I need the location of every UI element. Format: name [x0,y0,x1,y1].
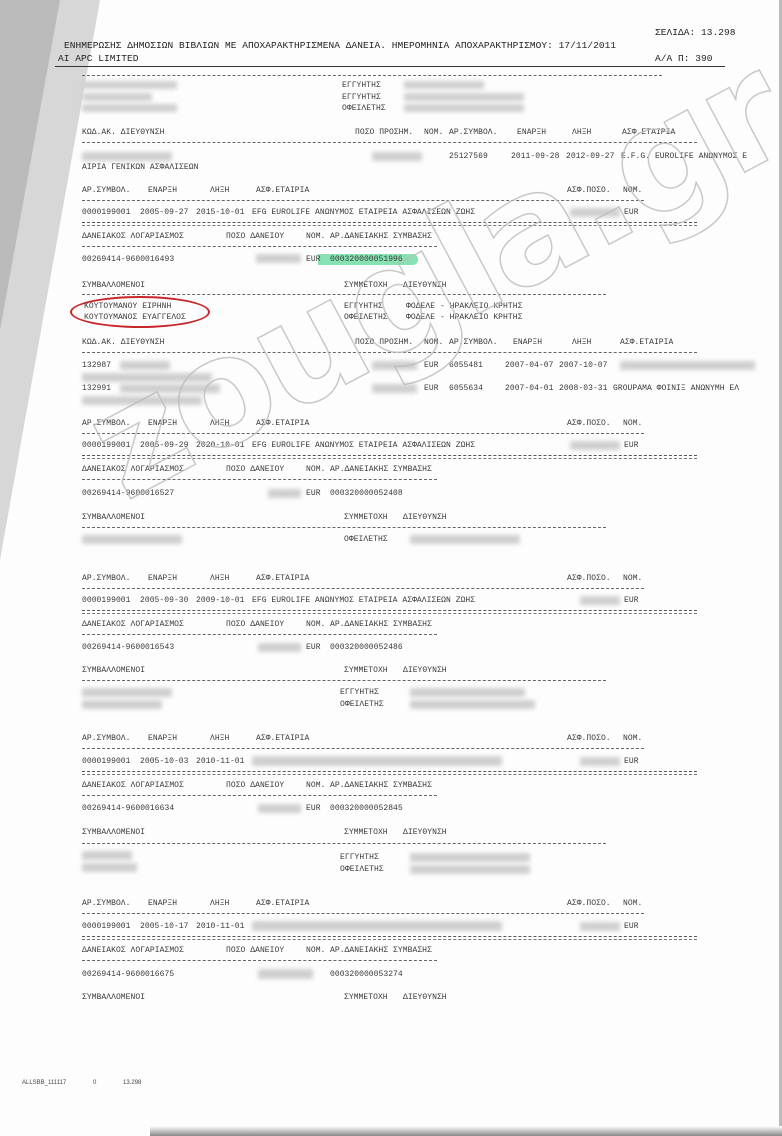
loan-col-amount: ΠΟΣΟ ΔΑΝΕΙΟΥ [226,620,284,629]
party-col-parties: ΣΥΜΒΑΛΛΟΜΕΝΟΙ [82,281,145,290]
redacted-address [410,535,520,544]
loan-account: 00269414-9600016493 [82,255,174,264]
policy-end: 2010-11-01 [196,757,245,766]
party-name: ΚΟΥΤΟΥΜΑΝΟΥ ΕΙΡΗΝΗ [84,302,171,311]
policy-col-insurer: ΑΣΦ.ΕΤΑΙΡΙΑ [256,899,309,908]
party-col-parties: ΣΥΜΒΑΛΛΟΜΕΝΟΙ [82,666,145,675]
col-start: ΕΝΑΡΞΗ [513,338,542,347]
collateral-insurer-cont: ΑΙΡΙΑ ΓΕΝΙΚΩΝ ΑΣΦΑΛΙΣΕΩΝ [82,163,198,172]
redacted-amount [258,804,301,813]
loan-col-account: ΔΑΝΕΙΑΚΟΣ ΛΟΓΑΡΙΑΣΜΟΣ [82,232,184,241]
policy-col-contract: ΑΡ.ΣΥΜΒΟΛ. [82,574,131,583]
collateral-end: 2007-10-07 [559,361,608,370]
page-fold-shadow-dark [0,0,60,330]
collateral-end: 2008-03-31 [559,384,608,393]
policy-start: 2005-10-17 [140,922,189,931]
redacted-address [404,93,524,101]
loan-contract: 000320000052845 [330,804,403,813]
redacted-name [82,700,162,709]
loan-currency: EUR [306,643,321,652]
policy-end: 2009-10-01 [196,596,245,605]
policy-contract: 0000199001 [82,208,131,217]
redacted-amount [258,643,301,652]
double-divider [82,610,697,614]
redacted-amount [580,596,620,605]
redacted-amount [570,441,620,450]
redacted-name [82,93,152,101]
double-divider [82,936,697,940]
loan-currency: EUR [306,804,321,813]
party-col-role: ΣΥΜΜΕΤΟΧΗ [344,993,388,1002]
divider [82,795,437,796]
policy-currency: EUR [624,596,639,605]
party-col-role: ΣΥΜΜΕΤΟΧΗ [344,513,388,522]
redacted-address [410,700,535,709]
policy-currency: EUR [624,922,639,931]
header-rule [55,66,725,67]
redacted-amount [268,489,301,498]
divider [82,75,662,76]
policy-col-amount: ΑΣΦ.ΠΟΣΟ. [567,734,611,743]
loan-col-amount: ΠΟΣΟ ΔΑΝΕΙΟΥ [226,781,284,790]
redacted-address [404,81,484,89]
redacted-insurer [620,361,755,370]
loan-currency: EUR [306,489,321,498]
loan-col-contract: ΑΡ.ΔΑΝΕΙΑΚΗΣ ΣΥΜΒΑΣΗΣ [330,620,432,629]
divider [82,748,644,749]
policy-col-insurer: ΑΣΦ.ΕΤΑΙΡΙΑ [256,574,309,583]
loan-col-contract: ΑΡ.ΔΑΝΕΙΑΚΗΣ ΣΥΜΒΑΣΗΣ [330,465,432,474]
policy-col-start: ΕΝΑΡΞΗ [148,734,177,743]
loan-col-contract: ΑΡ.ΔΑΝΕΙΑΚΗΣ ΣΥΜΒΑΣΗΣ [330,781,432,790]
policy-col-end: ΛΗΞΗ [210,574,229,583]
col-insurer: ΑΣΦ.ΕΤΑΙΡΙΑ [620,338,673,347]
footer-code: ALLSBB_111117 [22,1080,66,1086]
redacted-amount [580,757,620,766]
policy-col-end: ΛΗΞΗ [210,186,229,195]
party-col-parties: ΣΥΜΒΑΛΛΟΜΕΝΟΙ [82,993,145,1002]
policy-contract: 0000199001 [82,757,131,766]
policy-currency: EUR [624,441,639,450]
divider [82,843,606,844]
policy-col-end: ΛΗΞΗ [210,899,229,908]
document-title: ΕΝΗΜΕΡΩΣΗΣ ΔΗΜΟΣΙΩΝ ΒΙΒΛΙΩΝ ΜΕ ΑΠΟΧΑΡΑΚΤ… [64,40,616,51]
policy-col-contract: ΑΡ.ΣΥΜΒΟΛ. [82,186,131,195]
redacted-insurer [252,921,502,931]
page-bottom-edge [150,1126,782,1136]
collateral-insurer: GROUPAMA ΦΟΙΝΙΞ ΑΝΩΝΥΜΗ ΕΛ [613,384,739,393]
party-col-role: ΣΥΜΜΕΤΟΧΗ [344,828,388,837]
policy-col-amount: ΑΣΦ.ΠΟΣΟ. [567,899,611,908]
redacted-amount [580,922,620,931]
policy-col-start: ΕΝΑΡΞΗ [148,186,177,195]
divider [82,634,437,635]
policy-currency: EUR [624,757,639,766]
policy-col-currency: ΝΟΜ. [623,734,642,743]
policy-start: 2005-09-30 [140,596,189,605]
policy-col-currency: ΝΟΜ. [623,419,642,428]
policy-col-insurer: ΑΣΦ.ΕΤΑΙΡΙΑ [256,186,309,195]
policy-col-start: ΕΝΑΡΞΗ [148,574,177,583]
divider [82,680,606,681]
redacted-amount [372,152,422,161]
loan-contract: 000320000052486 [330,643,403,652]
policy-col-currency: ΝΟΜ. [623,574,642,583]
loan-col-currency: ΝΟΜ. [306,465,325,474]
loan-col-account: ΔΑΝΕΙΑΚΟΣ ΛΟΓΑΡΙΑΣΜΟΣ [82,781,184,790]
loan-col-amount: ΠΟΣΟ ΔΑΝΕΙΟΥ [226,232,284,241]
col-end: ΛΗΞΗ [572,338,591,347]
loan-col-account: ΔΑΝΕΙΑΚΟΣ ΛΟΓΑΡΙΑΣΜΟΣ [82,946,184,955]
policy-start: 2005-10-03 [140,757,189,766]
col-currency: ΝΟΜ. [424,128,443,137]
party-role: ΕΓΓΥΗΤΗΣ [340,688,379,697]
policy-start: 2005-09-27 [140,208,189,217]
policy-contract: 0000199001 [82,596,131,605]
redacted-name [82,81,177,89]
company-name: ΑΙ APC LIMITED [58,53,139,64]
policy-col-contract: ΑΡ.ΣΥΜΒΟΛ. [82,899,131,908]
party-col-address: ΔΙΕΥΘΥΝΣΗ [403,993,447,1002]
redacted-insurer [252,756,502,766]
redacted-address [410,853,530,862]
party-col-address: ΔΙΕΥΘΥΝΣΗ [403,666,447,675]
col-amount: ΠΟΣΟ ΠΡΟΣΗΜ. [355,128,413,137]
policy-insurer: EFG EUROLIFE ΑΝΩΝΥΜΟΣ ΕΤΑΙΡΕΙΑ ΑΣΦΑΛΙΣΕΩ… [252,596,475,605]
redacted-name [82,104,177,112]
loan-col-currency: ΝΟΜ. [306,946,325,955]
party-col-role: ΣΥΜΜΕΤΟΧΗ [344,666,388,675]
double-divider [82,771,697,775]
party-role: ΟΦΕΙΛΕΤΗΣ [340,700,384,709]
divider [82,527,606,528]
policy-contract: 0000199001 [82,922,131,931]
redacted-name [82,535,182,544]
footer-page: 13.298 [123,1080,141,1086]
policy-col-start: ΕΝΑΡΞΗ [148,899,177,908]
policy-end: 2015-10-01 [196,208,245,217]
loan-col-contract: ΑΡ.ΔΑΝΕΙΑΚΗΣ ΣΥΜΒΑΣΗΣ [330,946,432,955]
divider [82,960,437,961]
divider [82,588,644,589]
redacted-address [410,865,530,874]
role: ΟΦΕΙΛΕΤΗΣ [342,104,386,113]
policy-col-insurer: ΑΣΦ.ΕΤΑΙΡΙΑ [256,734,309,743]
policy-col-amount: ΑΣΦ.ΠΟΣΟ. [567,419,611,428]
loan-col-currency: ΝΟΜ. [306,620,325,629]
party-role: ΟΦΕΙΛΕΤΗΣ [344,535,388,544]
policy-col-currency: ΝΟΜ. [623,899,642,908]
party-col-address: ΔΙΕΥΘΥΝΣΗ [403,828,447,837]
collateral-start: 2007-04-07 [505,361,554,370]
party-role: ΟΦΕΙΛΕΤΗΣ [340,865,384,874]
role: ΕΓΓΥΗΤΗΣ [342,93,381,102]
policy-col-end: ΛΗΞΗ [210,734,229,743]
policy-col-amount: ΑΣΦ.ΠΟΣΟ. [567,574,611,583]
loan-account: 00269414-9600016675 [82,970,174,979]
redacted-name [82,688,172,697]
loan-account: 00269414-9600016543 [82,643,174,652]
policy-end: 2010-11-01 [196,922,245,931]
collateral-start: 2007-04-01 [505,384,554,393]
redacted-amount [258,969,313,979]
divider [82,913,644,914]
loan-contract: 000320000053274 [330,970,403,979]
loan-account: 00269414-9600016634 [82,804,174,813]
loan-col-currency: ΝΟΜ. [306,781,325,790]
redacted-address [410,688,525,697]
footer-zero: 0 [93,1080,96,1086]
policy-col-contract: ΑΡ.ΣΥΜΒΟΛ. [82,734,131,743]
collateral-currency: EUR [424,384,439,393]
party-role: ΕΓΓΥΗΤΗΣ [340,853,379,862]
col-contract: ΑΡ.ΣΥΜΒΟΛ. [449,128,498,137]
role: ΕΓΓΥΗΤΗΣ [342,81,381,90]
party-col-address: ΔΙΕΥΘΥΝΣΗ [403,513,447,522]
redacted-name [82,851,132,860]
redacted-name [82,863,137,872]
party-col-parties: ΣΥΜΒΑΛΛΟΜΕΝΟΙ [82,828,145,837]
loan-col-amount: ΠΟΣΟ ΔΑΝΕΙΟΥ [226,946,284,955]
col-code-address: ΚΩΔ.ΑΚ. ΔΙΕΥΘΥΝΣΗ [82,128,164,137]
redacted-address [82,152,172,161]
loan-col-account: ΔΑΝΕΙΑΚΟΣ ΛΟΓΑΡΙΑΣΜΟΣ [82,620,184,629]
loan-contract: 000320000052408 [330,489,403,498]
redacted-address [404,104,524,112]
collateral-contract: 6055634 [449,384,483,393]
